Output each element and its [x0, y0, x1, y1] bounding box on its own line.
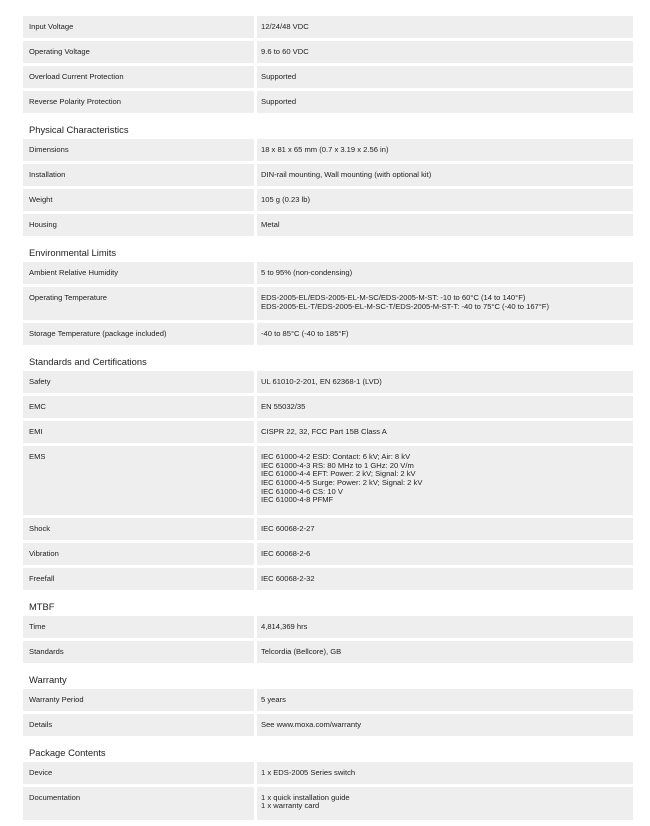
spec-label: Operating Temperature — [23, 287, 254, 320]
spec-row: Dimensions 18 x 81 x 65 mm (0.7 x 3.19 x… — [23, 139, 633, 161]
spec-value: UL 61010-2-201, EN 62368-1 (LVD) — [257, 371, 633, 393]
spec-row: Storage Temperature (package included) -… — [23, 323, 633, 345]
spec-value: 4,814,369 hrs — [257, 616, 633, 638]
spec-value: IEC 60068-2-32 — [257, 568, 633, 590]
spec-value: CISPR 22, 32, FCC Part 15B Class A — [257, 421, 633, 443]
spec-label: Storage Temperature (package included) — [23, 323, 254, 345]
spec-label: EMC — [23, 396, 254, 418]
spec-value: 5 to 95% (non-condensing) — [257, 262, 633, 284]
spec-label: Warranty Period — [23, 689, 254, 711]
section-heading: Physical Characteristics — [23, 116, 633, 139]
section-heading: Standards and Certifications — [23, 348, 633, 371]
spec-row: Warranty Period 5 years — [23, 689, 633, 711]
spec-row: Shock IEC 60068-2-27 — [23, 518, 633, 540]
spec-value: See www.moxa.com/warranty — [257, 714, 633, 736]
spec-row: Operating Voltage 9.6 to 60 VDC — [23, 41, 633, 63]
spec-label: Details — [23, 714, 254, 736]
spec-row: Reverse Polarity Protection Supported — [23, 91, 633, 113]
section-power: Input Voltage 12/24/48 VDC Operating Vol… — [23, 16, 633, 113]
spec-label: Shock — [23, 518, 254, 540]
spec-label: Housing — [23, 214, 254, 236]
spec-label: Overload Current Protection — [23, 66, 254, 88]
spec-value: IEC 61000-4-2 ESD: Contact: 6 kV; Air: 8… — [257, 446, 633, 515]
spec-label: Time — [23, 616, 254, 638]
spec-row: Details See www.moxa.com/warranty — [23, 714, 633, 736]
spec-value: 5 years — [257, 689, 633, 711]
spec-value: Metal — [257, 214, 633, 236]
section-package-contents: Package Contents Device 1 x EDS-2005 Ser… — [23, 739, 633, 820]
spec-row: Standards Telcordia (Bellcore), GB — [23, 641, 633, 663]
section-standards-and-certifications: Standards and Certifications Safety UL 6… — [23, 348, 633, 590]
spec-label: Device — [23, 762, 254, 784]
spec-value: 9.6 to 60 VDC — [257, 41, 633, 63]
spec-value: DIN-rail mounting, Wall mounting (with o… — [257, 164, 633, 186]
spec-value: 12/24/48 VDC — [257, 16, 633, 38]
spec-label: Installation — [23, 164, 254, 186]
spec-value: 1 x quick installation guide 1 x warrant… — [257, 787, 633, 820]
spec-label: EMI — [23, 421, 254, 443]
spec-value: Supported — [257, 66, 633, 88]
spec-row: Operating Temperature EDS-2005-EL/EDS-20… — [23, 287, 633, 320]
spec-value: 18 x 81 x 65 mm (0.7 x 3.19 x 2.56 in) — [257, 139, 633, 161]
spec-value: 105 g (0.23 lb) — [257, 189, 633, 211]
spec-row: Documentation 1 x quick installation gui… — [23, 787, 633, 820]
spec-value: IEC 60068-2-6 — [257, 543, 633, 565]
spec-value: Telcordia (Bellcore), GB — [257, 641, 633, 663]
spec-label: Vibration — [23, 543, 254, 565]
spec-row: Input Voltage 12/24/48 VDC — [23, 16, 633, 38]
spec-label: Input Voltage — [23, 16, 254, 38]
spec-value: -40 to 85°C (-40 to 185°F) — [257, 323, 633, 345]
spec-sheet: Input Voltage 12/24/48 VDC Operating Vol… — [23, 16, 633, 823]
spec-value: IEC 60068-2-27 — [257, 518, 633, 540]
spec-row: Installation DIN-rail mounting, Wall mou… — [23, 164, 633, 186]
spec-label: Dimensions — [23, 139, 254, 161]
spec-row: Safety UL 61010-2-201, EN 62368-1 (LVD) — [23, 371, 633, 393]
spec-label: Safety — [23, 371, 254, 393]
spec-row: Device 1 x EDS-2005 Series switch — [23, 762, 633, 784]
spec-value: EDS-2005-EL/EDS-2005-EL-M-SC/EDS-2005-M-… — [257, 287, 633, 320]
section-heading: Environmental Limits — [23, 239, 633, 262]
spec-row: Time 4,814,369 hrs — [23, 616, 633, 638]
spec-label: Ambient Relative Humidity — [23, 262, 254, 284]
spec-row: Overload Current Protection Supported — [23, 66, 633, 88]
section-environmental-limits: Environmental Limits Ambient Relative Hu… — [23, 239, 633, 345]
spec-row: Weight 105 g (0.23 lb) — [23, 189, 633, 211]
spec-label: Reverse Polarity Protection — [23, 91, 254, 113]
spec-row: Freefall IEC 60068-2-32 — [23, 568, 633, 590]
spec-label: EMS — [23, 446, 254, 515]
section-warranty: Warranty Warranty Period 5 years Details… — [23, 666, 633, 736]
spec-value: 1 x EDS-2005 Series switch — [257, 762, 633, 784]
section-heading: Warranty — [23, 666, 633, 689]
spec-row: EMI CISPR 22, 32, FCC Part 15B Class A — [23, 421, 633, 443]
spec-label: Documentation — [23, 787, 254, 820]
spec-row: Ambient Relative Humidity 5 to 95% (non-… — [23, 262, 633, 284]
spec-label: Standards — [23, 641, 254, 663]
spec-row: EMC EN 55032/35 — [23, 396, 633, 418]
spec-label: Weight — [23, 189, 254, 211]
section-physical-characteristics: Physical Characteristics Dimensions 18 x… — [23, 116, 633, 236]
spec-value: Supported — [257, 91, 633, 113]
section-heading: Package Contents — [23, 739, 633, 762]
spec-row: Vibration IEC 60068-2-6 — [23, 543, 633, 565]
section-heading: MTBF — [23, 593, 633, 616]
spec-label: Operating Voltage — [23, 41, 254, 63]
section-mtbf: MTBF Time 4,814,369 hrs Standards Telcor… — [23, 593, 633, 663]
spec-value: EN 55032/35 — [257, 396, 633, 418]
spec-row: EMS IEC 61000-4-2 ESD: Contact: 6 kV; Ai… — [23, 446, 633, 515]
spec-row: Housing Metal — [23, 214, 633, 236]
spec-label: Freefall — [23, 568, 254, 590]
